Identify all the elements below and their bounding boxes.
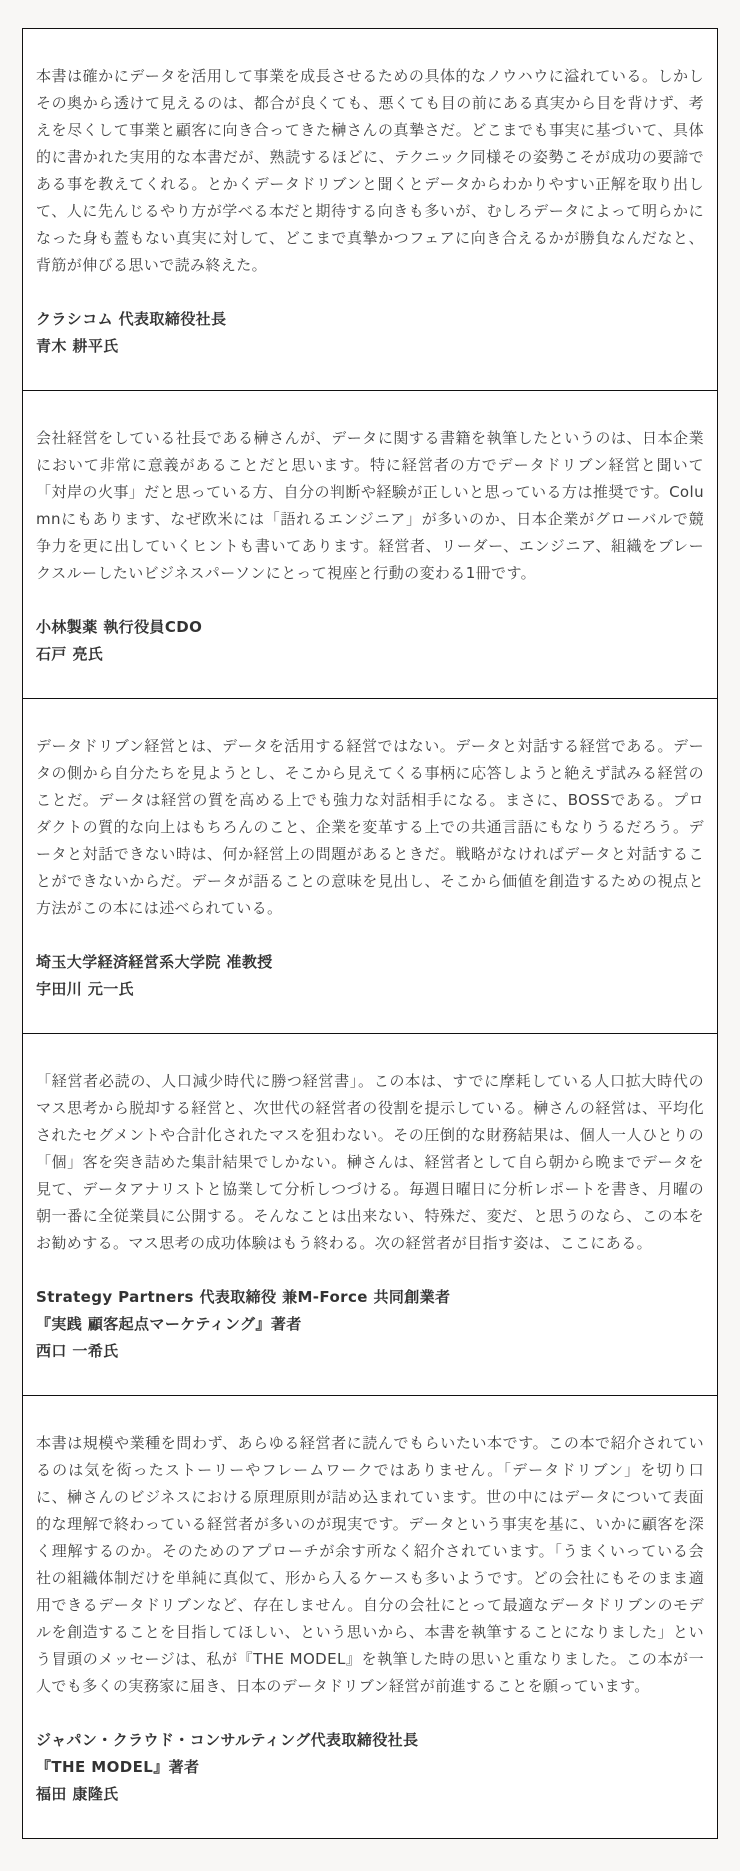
endorsement-block-3: データドリブン経営とは、データを活用する経営ではない。データと対話する経営である… [23, 698, 717, 1033]
signature-name: 宇田川 元一氏 [36, 976, 704, 1003]
endorsement-text: 本書は規模や業種を問わず、あらゆる経営者に読んでもらいたい本です。この本で紹介さ… [36, 1430, 704, 1700]
endorsement-block-4: 「経営者必読の、人口減少時代に勝つ経営書」。この本は、すでに摩耗している人口拡大… [23, 1033, 717, 1395]
endorsements-container: 本書は確かにデータを活用して事業を成長させるための具体的なノウハウに溢れている。… [22, 28, 718, 1839]
endorsement-text: 本書は確かにデータを活用して事業を成長させるための具体的なノウハウに溢れている。… [36, 63, 704, 279]
signature-book-title: 『実践 顧客起点マーケティング』著者 [36, 1311, 704, 1338]
signature-title: クラシコム 代表取締役社長 [36, 306, 704, 333]
signature-book-title: 『THE MODEL』著者 [36, 1754, 704, 1781]
page-background: 本書は確かにデータを活用して事業を成長させるための具体的なノウハウに溢れている。… [0, 0, 740, 1871]
signature-name: 西口 一希氏 [36, 1338, 704, 1365]
endorsement-block-5: 本書は規模や業種を問わず、あらゆる経営者に読んでもらいたい本です。この本で紹介さ… [23, 1395, 717, 1838]
endorsement-block-2: 会社経営をしている社長である榊さんが、データに関する書籍を執筆したというのは、日… [23, 390, 717, 698]
signature-name: 石戸 亮氏 [36, 641, 704, 668]
signature-block: 埼玉大学経済経営系大学院 准教授 宇田川 元一氏 [36, 949, 704, 1003]
signature-block: ジャパン・クラウド・コンサルティング代表取締役社長 『THE MODEL』著者 … [36, 1727, 704, 1808]
signature-block: Strategy Partners 代表取締役 兼M-Force 共同創業者 『… [36, 1284, 704, 1365]
signature-name: 青木 耕平氏 [36, 333, 704, 360]
signature-title: ジャパン・クラウド・コンサルティング代表取締役社長 [36, 1727, 704, 1754]
endorsement-text: データドリブン経営とは、データを活用する経営ではない。データと対話する経営である… [36, 733, 704, 922]
signature-block: 小林製薬 執行役員CDO 石戸 亮氏 [36, 614, 704, 668]
signature-title: 埼玉大学経済経営系大学院 准教授 [36, 949, 704, 976]
endorsement-text: 「経営者必読の、人口減少時代に勝つ経営書」。この本は、すでに摩耗している人口拡大… [36, 1068, 704, 1257]
signature-title: Strategy Partners 代表取締役 兼M-Force 共同創業者 [36, 1284, 704, 1311]
signature-title: 小林製薬 執行役員CDO [36, 614, 704, 641]
signature-block: クラシコム 代表取締役社長 青木 耕平氏 [36, 306, 704, 360]
signature-name: 福田 康隆氏 [36, 1781, 704, 1808]
endorsement-text: 会社経営をしている社長である榊さんが、データに関する書籍を執筆したというのは、日… [36, 425, 704, 587]
endorsement-block-1: 本書は確かにデータを活用して事業を成長させるための具体的なノウハウに溢れている。… [23, 29, 717, 390]
